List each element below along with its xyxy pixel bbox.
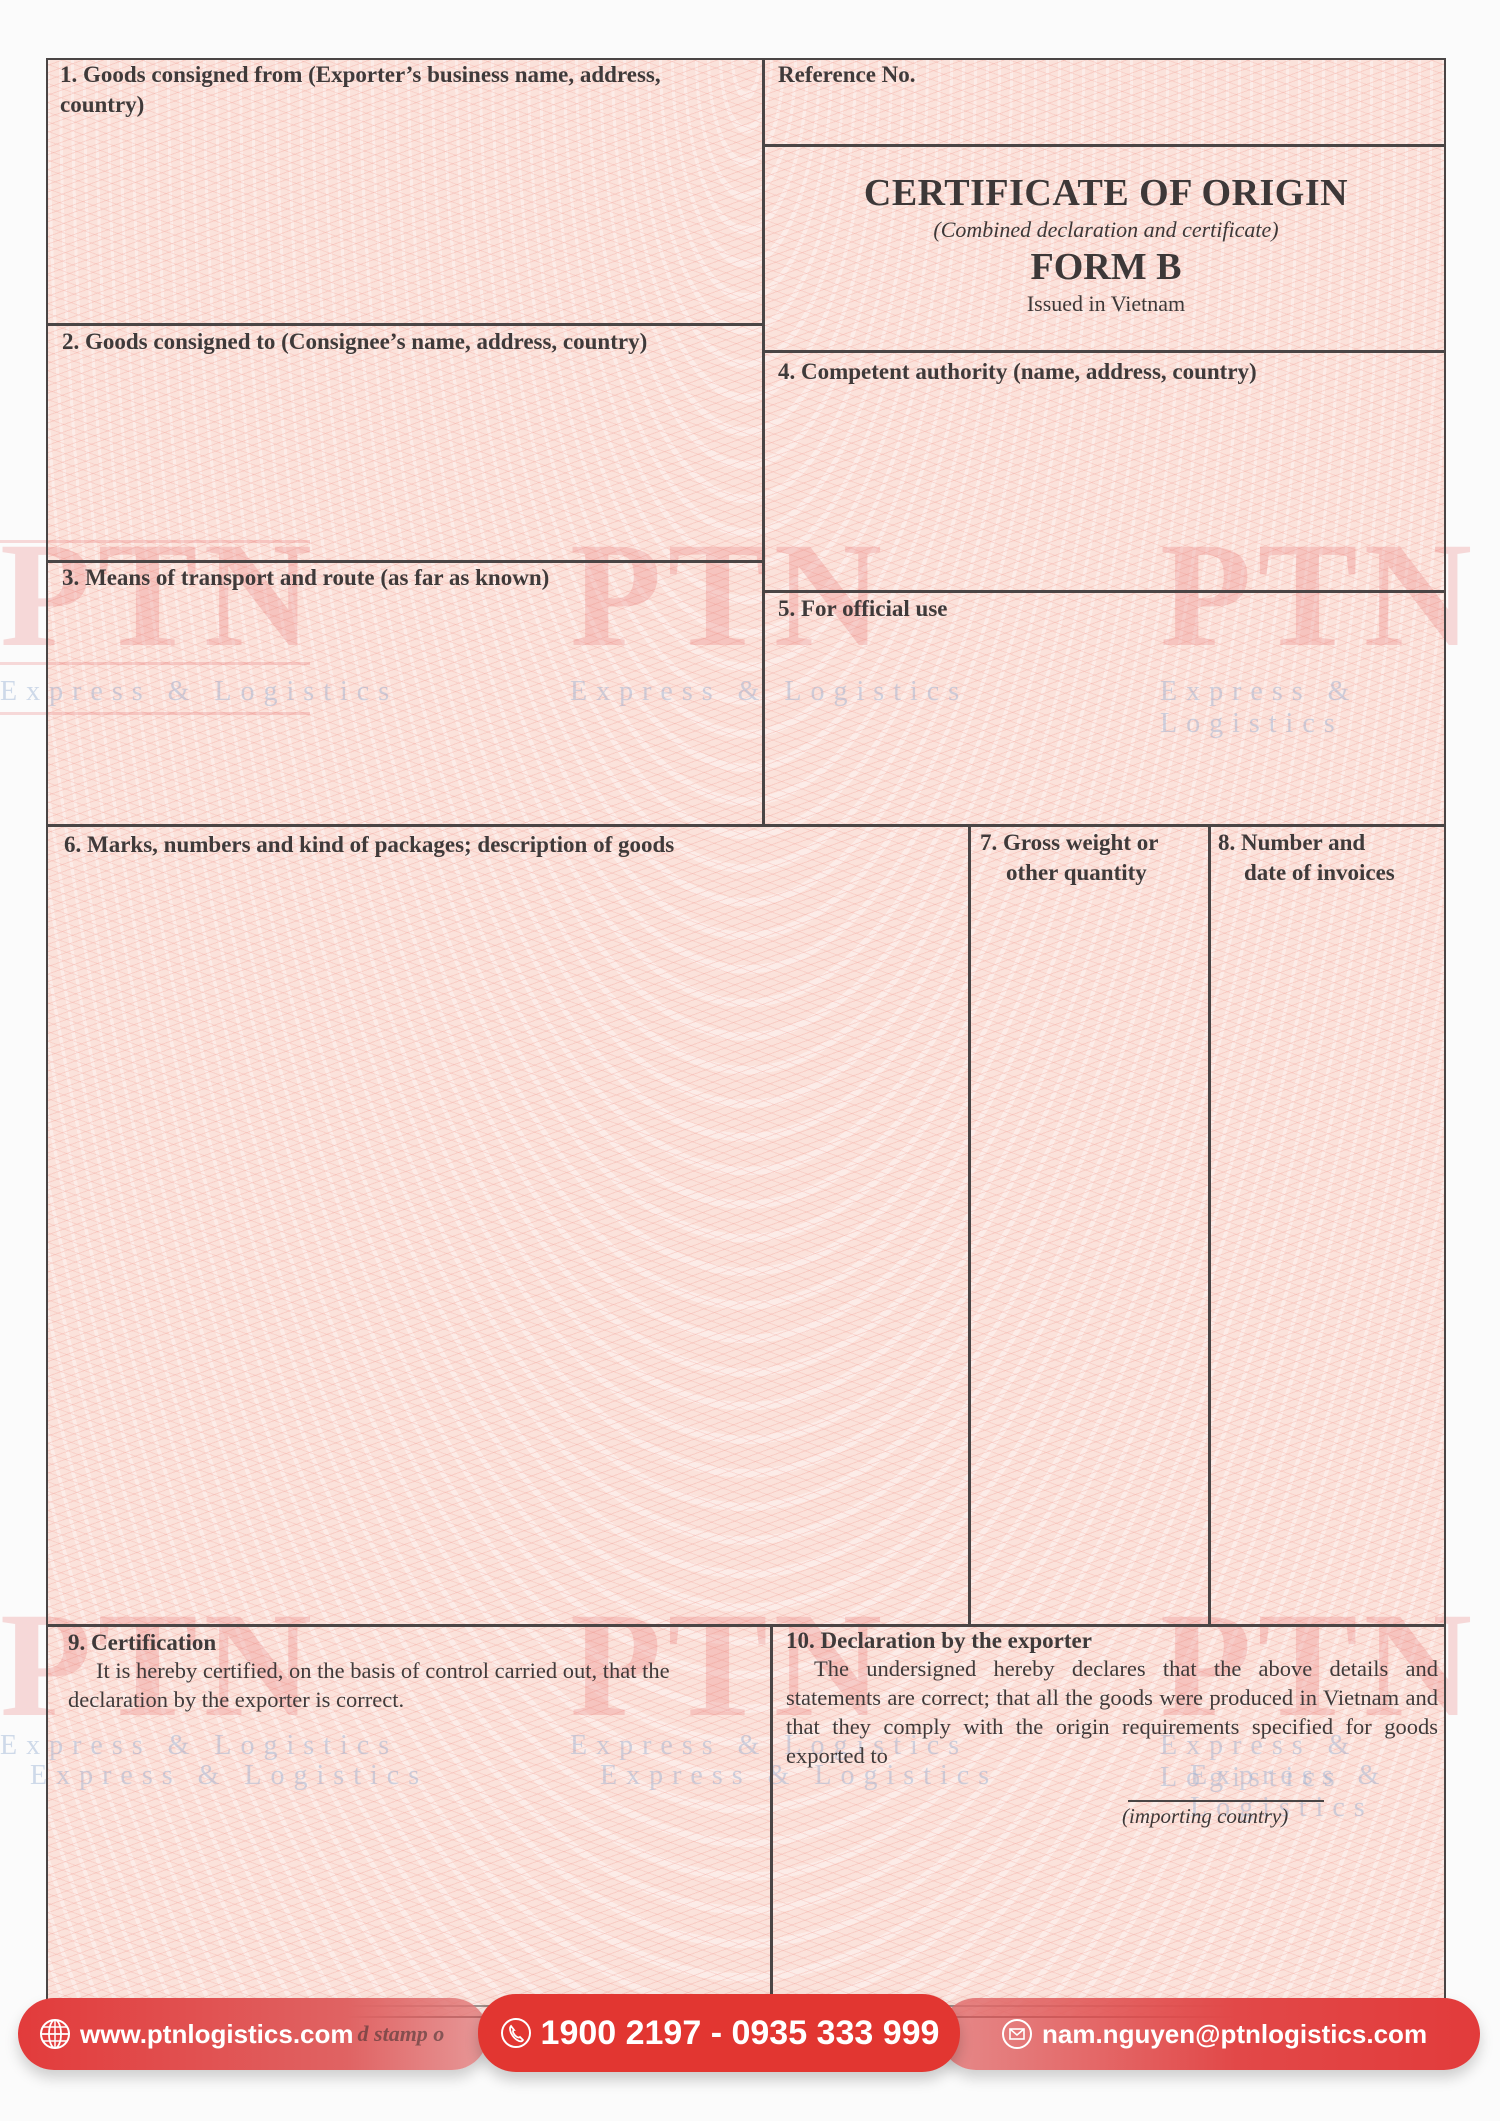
- phone-number[interactable]: 1900 2197 - 0935 333 999: [541, 2014, 940, 2053]
- website-pill[interactable]: www.ptnlogistics.com d stamp o: [18, 1998, 488, 2070]
- divider-v-box8: [1208, 824, 1211, 1624]
- title-block: CERTIFICATE OF ORIGIN (Combined declarat…: [766, 170, 1446, 318]
- document-subtitle: (Combined declaration and certificate): [766, 216, 1446, 244]
- form-name: FORM B: [766, 244, 1446, 290]
- divider-h-bottom: [46, 1624, 1446, 1627]
- box7-label-line1: 7. Gross weight or: [980, 828, 1200, 858]
- contact-banner: www.ptnlogistics.com d stamp o 1900 2197…: [0, 1990, 1500, 2070]
- phone-icon: [499, 2016, 533, 2050]
- mail-icon: [1000, 2017, 1034, 2051]
- box8-label: 8. Number and date of invoices: [1218, 828, 1438, 888]
- box4-label: 4. Competent authority (name, address, c…: [778, 357, 1257, 387]
- box5-label: 5. For official use: [778, 594, 948, 624]
- email-pill[interactable]: nam.nguyen@ptnlogistics.com: [940, 1998, 1480, 2070]
- box3-label: 3. Means of transport and route (as far …: [62, 563, 549, 593]
- divider-h-box1: [46, 323, 762, 326]
- importing-country-note: (importing country): [1122, 1804, 1288, 1829]
- box1-label: 1. Goods consigned from (Exporter’s busi…: [60, 60, 750, 120]
- box10-title: 10. Declaration by the exporter: [786, 1626, 1092, 1656]
- box9-footer-partial: d stamp o: [358, 2021, 445, 2047]
- globe-icon: [38, 2017, 72, 2051]
- divider-h-ref: [762, 144, 1446, 147]
- document-title: CERTIFICATE OF ORIGIN: [766, 170, 1446, 216]
- box2-label: 2. Goods consigned to (Consignee’s name,…: [62, 327, 647, 357]
- box8-label-line2: date of invoices: [1218, 858, 1438, 888]
- divider-h-box4: [762, 590, 1446, 593]
- box8-label-line1: 8. Number and: [1218, 828, 1438, 858]
- issued-in: Issued in Vietnam: [766, 290, 1446, 318]
- box10-text: The undersigned hereby declares that the…: [786, 1654, 1438, 1770]
- divider-v-bottom: [770, 1624, 773, 2018]
- box7-label-line2: other quantity: [980, 858, 1200, 888]
- divider-h-title: [762, 350, 1446, 353]
- box7-label: 7. Gross weight or other quantity: [980, 828, 1200, 888]
- box6-label: 6. Marks, numbers and kind of packages; …: [64, 830, 674, 860]
- importing-country-line: [1128, 1800, 1324, 1802]
- divider-h-top-section: [46, 824, 1446, 827]
- phone-pill[interactable]: 1900 2197 - 0935 333 999: [478, 1994, 960, 2072]
- divider-v-box7: [968, 824, 971, 1624]
- box9-title: 9. Certification: [68, 1628, 216, 1658]
- box9-text: It is hereby certified, on the basis of …: [68, 1656, 758, 1714]
- email-address[interactable]: nam.nguyen@ptnlogistics.com: [1042, 2019, 1427, 2050]
- reference-label: Reference No.: [778, 60, 916, 90]
- website-link[interactable]: www.ptnlogistics.com: [80, 2019, 354, 2050]
- divider-v-top: [762, 58, 765, 824]
